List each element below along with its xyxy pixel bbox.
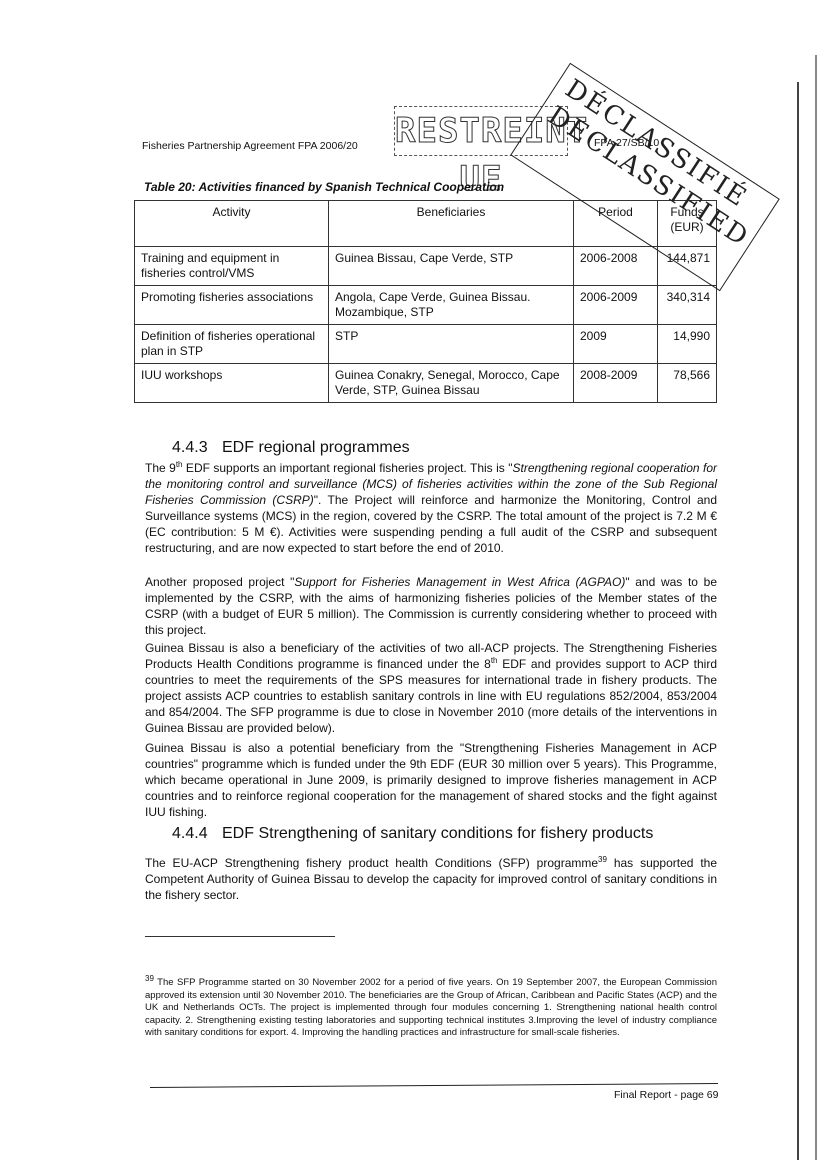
- page-number: Final Report - page 69: [614, 1089, 718, 1101]
- scan-edge-line: [815, 55, 817, 1160]
- activity-cell: Training and equipment in fisheries cont…: [135, 247, 329, 286]
- beneficiaries-cell: Guinea Conakry, Senegal, Morocco, Cape V…: [329, 364, 574, 403]
- column-header-beneficiaries: Beneficiaries: [329, 201, 574, 247]
- footnote-divider: [145, 936, 335, 937]
- column-header-activity: Activity: [135, 201, 329, 247]
- text-run: The 9: [145, 461, 176, 475]
- table-row: IUU workshops Guinea Conakry, Senegal, M…: [135, 364, 717, 403]
- beneficiaries-cell: Guinea Bissau, Cape Verde, STP: [329, 247, 574, 286]
- activities-table: Activity Beneficiaries Period Funds (EUR…: [134, 200, 717, 403]
- period-cell: 2006-2009: [574, 286, 658, 325]
- restreint-stamp: RESTREINT UE: [394, 106, 568, 156]
- funds-cell: 14,990: [658, 325, 717, 364]
- section-heading-443: 4.4.3EDF regional programmes: [172, 439, 410, 457]
- funds-cell: 144,871: [658, 247, 717, 286]
- paragraph-edf-regional: The 9th EDF supports an important region…: [145, 460, 717, 556]
- section-title: EDF regional programmes: [222, 439, 410, 456]
- activity-cell: Promoting fisheries associations: [135, 286, 329, 325]
- table-row: Training and equipment in fisheries cont…: [135, 247, 717, 286]
- paragraph-agpao: Another proposed project "Support for Fi…: [145, 574, 717, 638]
- activity-cell: IUU workshops: [135, 364, 329, 403]
- paragraph-all-acp: Guinea Bissau is also a beneficiary of t…: [145, 640, 717, 736]
- table-row: Promoting fisheries associations Angola,…: [135, 286, 717, 325]
- paragraph-sfm-acp: Guinea Bissau is also a potential benefi…: [145, 740, 717, 820]
- footnote-marker: 39: [145, 974, 154, 983]
- superscript: th: [491, 656, 498, 665]
- period-cell: 2009: [574, 325, 658, 364]
- footnote-text: The SFP Programme started on 30 November…: [145, 977, 717, 1038]
- footnote-ref[interactable]: 39: [598, 855, 607, 864]
- text-run: EDF supports an important regional fishe…: [182, 461, 512, 475]
- document-header-title: Fisheries Partnership Agreement FPA 2006…: [142, 140, 358, 152]
- section-title: EDF Strengthening of sanitary conditions…: [222, 825, 653, 842]
- beneficiaries-cell: STP: [329, 325, 574, 364]
- table-caption: Table 20: Activities financed by Spanish…: [144, 180, 504, 194]
- section-number: 4.4.3: [172, 439, 222, 457]
- beneficiaries-cell: Angola, Cape Verde, Guinea Bissau. Mozam…: [329, 286, 574, 325]
- table-row: Definition of fisheries operational plan…: [135, 325, 717, 364]
- funds-cell: 340,314: [658, 286, 717, 325]
- section-heading-444: 4.4.4EDF Strengthening of sanitary condi…: [172, 825, 653, 843]
- project-title-italic: Support for Fisheries Management in West…: [294, 575, 625, 589]
- column-header-funds: Funds (EUR): [658, 201, 717, 247]
- column-header-period: Period: [574, 201, 658, 247]
- footnote-39: 39 The SFP Programme started on 30 Novem…: [145, 977, 717, 1040]
- scan-edge-line: [797, 82, 799, 1160]
- period-cell: 2008-2009: [574, 364, 658, 403]
- text-run: The EU-ACP Strengthening fishery product…: [145, 856, 598, 870]
- text-run: Another proposed project ": [145, 575, 294, 589]
- table-header-row: Activity Beneficiaries Period Funds (EUR…: [135, 201, 717, 247]
- period-cell: 2006-2008: [574, 247, 658, 286]
- activity-cell: Definition of fisheries operational plan…: [135, 325, 329, 364]
- funds-cell: 78,566: [658, 364, 717, 403]
- section-number: 4.4.4: [172, 825, 222, 843]
- document-reference: FPA 27/SB/10: [594, 137, 659, 149]
- footer-divider: [150, 1083, 718, 1088]
- paragraph-sfp: The EU-ACP Strengthening fishery product…: [145, 855, 717, 903]
